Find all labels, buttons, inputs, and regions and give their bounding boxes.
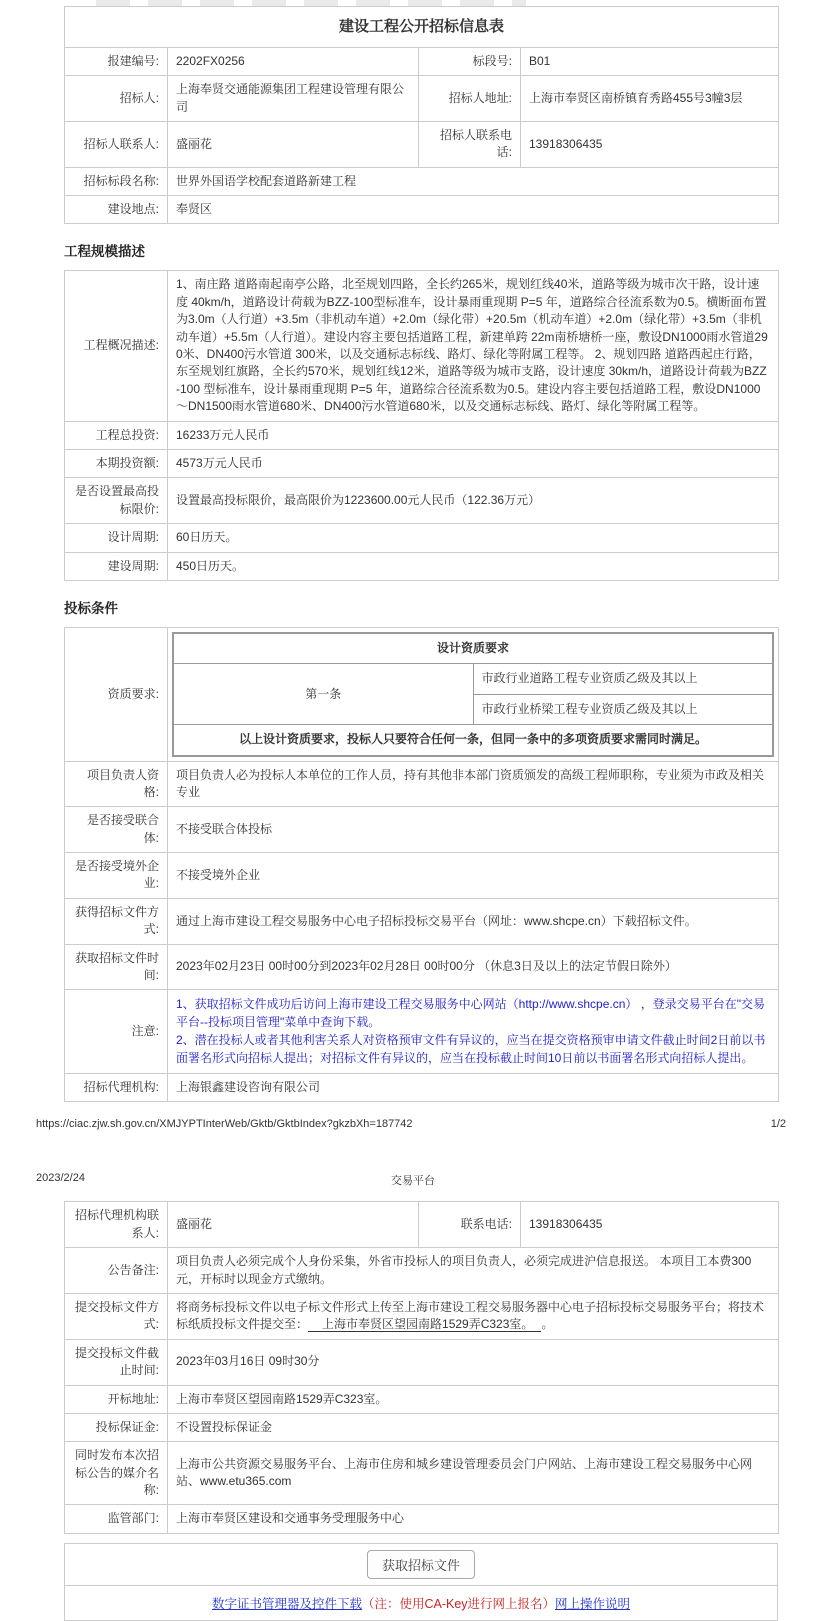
table-row: 开标地址: 上海市奉贤区望园南路1529弄C323室。	[65, 1385, 779, 1413]
ca-key-note: （注：使用CA-Key进行网上报名）	[362, 1597, 555, 1611]
field-value: 13918306435	[521, 1202, 779, 1248]
field-value: 上海银鑫建设咨询有限公司	[168, 1073, 779, 1101]
table-row: 提交投标文件截止时间: 2023年03月16日 09时30分	[65, 1339, 779, 1385]
table-row: 招标标段名称: 世界外国语学校配套道路新建工程	[65, 167, 779, 195]
links-row: 数字证书管理器及控件下载（注：使用CA-Key进行网上报名）网上操作说明	[65, 1585, 777, 1620]
qualification-cell: 设计资质要求 第一条 市政行业道路工程专业资质乙级及其以上 市政行业桥梁工程专业…	[168, 627, 779, 761]
table-row: 报建编号: 2202FX0256 标段号: B01	[65, 47, 779, 75]
field-value: 450日历天。	[168, 552, 779, 580]
field-label: 招标人地址:	[419, 76, 521, 122]
field-value: 项目负责人必为投标人本单位的工作人员，持有其他非本部门资质颁发的高级工程师职称，…	[168, 761, 779, 807]
field-value: 上海市奉贤区南桥镇育秀路455号3幢3层	[521, 76, 779, 122]
submit-address-underlined: 上海市奉贤区望园南路1529弄C323室。	[308, 1317, 541, 1332]
table-row: 同时发布本次招标公告的媒介名称: 上海市公共资源交易服务平台、上海市住房和城乡建…	[65, 1442, 779, 1505]
field-value: 不设置投标保证金	[168, 1413, 779, 1441]
field-label: 招标人:	[65, 76, 168, 122]
page1-print-footer: https://ciac.zjw.sh.gov.cn/XMJYPTInterWe…	[0, 1118, 826, 1130]
notice-line-1: 1、获取招标文件成功后访问上海市建设工程交易服务中心网站（http://www.…	[176, 996, 770, 1031]
table-row: 公告备注: 项目负责人必须完成个人身份采集，外省市投标人的项目负责人，必须完成进…	[65, 1248, 779, 1294]
field-label: 项目负责人资格:	[65, 761, 168, 807]
field-label: 设计周期:	[65, 524, 168, 552]
print-title: 交易平台	[0, 1172, 826, 1188]
field-label: 是否接受联合体:	[65, 807, 168, 853]
field-value: 4573万元人民币	[168, 450, 779, 478]
clause-label: 第一条	[173, 664, 473, 725]
table-row: 第一条 市政行业道路工程专业资质乙级及其以上	[173, 664, 773, 694]
field-value: 60日历天。	[168, 524, 779, 552]
field-label: 招标人联系电话:	[419, 121, 521, 167]
field-label: 本期投资额:	[65, 450, 168, 478]
table-row: 招标人: 上海奉贤交通能源集团工程建设管理有限公司 招标人地址: 上海市奉贤区南…	[65, 76, 779, 122]
field-value: 设置最高投标限价，最高限价为1223600.00元人民币（122.36万元）	[168, 478, 779, 524]
field-label: 工程总投资:	[65, 421, 168, 449]
field-label: 标段号:	[419, 47, 521, 75]
field-value: 2023年03月16日 09时30分	[168, 1339, 779, 1385]
table-row: 获取招标文件时间: 2023年02月23日 00时00分到2023年02月28日…	[65, 944, 779, 990]
table-row: 监管部门: 上海市奉贤区建设和交通事务受理服务中心	[65, 1505, 779, 1533]
field-value: 盛丽花	[168, 1202, 419, 1248]
cert-download-link[interactable]: 数字证书管理器及控件下载	[212, 1597, 362, 1611]
table-row: 招标代理机构联系人: 盛丽花 联系电话: 13918306435	[65, 1202, 779, 1248]
table-row: 投标保证金: 不设置投标保证金	[65, 1413, 779, 1441]
field-label: 监管部门:	[65, 1505, 168, 1533]
field-label: 是否接受境外企业:	[65, 853, 168, 899]
field-value: 将商务标投标文件以电子标文件形式上传至上海市建设工程交易服务器中心电子招标投标交…	[168, 1293, 779, 1339]
button-row: 获取招标文件	[65, 1544, 777, 1585]
field-value: 2023年02月23日 00时00分到2023年02月28日 00时00分 （休…	[168, 944, 779, 990]
table-row: 是否接受境外企业: 不接受境外企业	[65, 853, 779, 899]
field-value: 奉贤区	[168, 196, 779, 224]
field-label: 同时发布本次招标公告的媒介名称:	[65, 1442, 168, 1505]
table-row: 以上设计资质要求，投标人只要符合任何一条，但同一条中的多项资质要求需同时满足。	[173, 725, 773, 756]
table-row: 是否设置最高投标限价: 设置最高投标限价，最高限价为1223600.00元人民币…	[65, 478, 779, 524]
field-value: 13918306435	[521, 121, 779, 167]
submit-method-suffix: 。	[541, 1317, 553, 1331]
field-label: 建设周期:	[65, 552, 168, 580]
clause-item: 市政行业桥梁工程专业资质乙级及其以上	[473, 694, 773, 724]
table-row: 工程概况描述: 1、南庄路 道路南起南亭公路，北至规划四路，全长约265米，规划…	[65, 271, 779, 421]
field-value: 上海市奉贤区建设和交通事务受理服务中心	[168, 1505, 779, 1533]
scale-table: 工程概况描述: 1、南庄路 道路南起南亭公路，北至规划四路，全长约265米，规划…	[64, 270, 779, 580]
section-heading-bid-conditions: 投标条件	[64, 597, 778, 617]
page2-table: 招标代理机构联系人: 盛丽花 联系电话: 13918306435 公告备注: 项…	[64, 1201, 779, 1533]
field-label: 公告备注:	[65, 1248, 168, 1294]
field-value: 16233万元人民币	[168, 421, 779, 449]
cut-off-page-header	[96, 0, 526, 6]
field-value: 不接受联合体投标	[168, 807, 779, 853]
qualification-header: 设计资质要求	[173, 633, 773, 664]
action-box: 获取招标文件 数字证书管理器及控件下载（注：使用CA-Key进行网上报名）网上操…	[64, 1543, 778, 1621]
field-label: 注意:	[65, 990, 168, 1074]
table-row: 工程总投资: 16233万元人民币	[65, 421, 779, 449]
bid-conditions-table: 资质要求: 设计资质要求 第一条 市政行业道路工程专业资质乙级及其以上 市政行业…	[64, 627, 779, 1102]
page2-print-header: 2023/2/24 交易平台	[0, 1172, 826, 1187]
field-label: 开标地址:	[65, 1385, 168, 1413]
table-row: 招标代理机构: 上海银鑫建设咨询有限公司	[65, 1073, 779, 1101]
field-label: 是否设置最高投标限价:	[65, 478, 168, 524]
field-label: 招标代理机构:	[65, 1073, 168, 1101]
table-row: 设计资质要求	[173, 633, 773, 664]
submit-method-row: 提交投标文件方式: 将商务标投标文件以电子标文件形式上传至上海市建设工程交易服务…	[65, 1293, 779, 1339]
table-row: 本期投资额: 4573万元人民币	[65, 450, 779, 478]
field-label: 投标保证金:	[65, 1413, 168, 1441]
info-table: 建设工程公开招标信息表 报建编号: 2202FX0256 标段号: B01 招标…	[64, 6, 779, 224]
field-value: 上海市奉贤区望园南路1529弄C323室。	[168, 1385, 779, 1413]
online-guide-link[interactable]: 网上操作说明	[555, 1597, 630, 1611]
table-row: 建设周期: 450日历天。	[65, 552, 779, 580]
table-row: 获得招标文件方式: 通过上海市建设工程交易服务中心电子招标投标交易平台（网址：w…	[65, 898, 779, 944]
table-row: 是否接受联合体: 不接受联合体投标	[65, 807, 779, 853]
clause-item: 市政行业道路工程专业资质乙级及其以上	[473, 664, 773, 694]
field-label: 建设地点:	[65, 196, 168, 224]
section-heading-scale: 工程规模描述	[64, 240, 778, 260]
field-value: B01	[521, 47, 779, 75]
table-row: 设计周期: 60日历天。	[65, 524, 779, 552]
qualification-table: 设计资质要求 第一条 市政行业道路工程专业资质乙级及其以上 市政行业桥梁工程专业…	[172, 632, 774, 757]
field-value: 上海市公共资源交易服务平台、上海市住房和城乡建设管理委员会门户网站、上海市建设工…	[168, 1442, 779, 1505]
qualification-row: 资质要求: 设计资质要求 第一条 市政行业道路工程专业资质乙级及其以上 市政行业…	[65, 627, 779, 761]
field-value: 1、南庄路 道路南起南亭公路，北至规划四路，全长约265米，规划红线40米，道路…	[168, 271, 779, 421]
field-label: 招标标段名称:	[65, 167, 168, 195]
notice-text: 1、获取招标文件成功后访问上海市建设工程交易服务中心网站（http://www.…	[168, 990, 779, 1074]
field-value: 世界外国语学校配套道路新建工程	[168, 167, 779, 195]
print-url: https://ciac.zjw.sh.gov.cn/XMJYPTInterWe…	[36, 1118, 413, 1130]
table-title-row: 建设工程公开招标信息表	[65, 7, 779, 48]
field-label: 获得招标文件方式:	[65, 898, 168, 944]
table-row: 项目负责人资格: 项目负责人必为投标人本单位的工作人员，持有其他非本部门资质颁发…	[65, 761, 779, 807]
field-label: 报建编号:	[65, 47, 168, 75]
page-title: 建设工程公开招标信息表	[65, 7, 779, 48]
field-label: 获取招标文件时间:	[65, 944, 168, 990]
field-label: 提交投标文件方式:	[65, 1293, 168, 1339]
field-value: 项目负责人必须完成个人身份采集，外省市投标人的项目负责人，必须完成进沪信息报送。…	[168, 1248, 779, 1294]
field-value: 通过上海市建设工程交易服务中心电子招标投标交易平台（网址：www.shcpe.c…	[168, 898, 779, 944]
field-label: 招标人联系人:	[65, 121, 168, 167]
field-value: 2202FX0256	[168, 47, 419, 75]
field-label: 联系电话:	[419, 1202, 521, 1248]
field-value: 不接受境外企业	[168, 853, 779, 899]
table-row: 招标人联系人: 盛丽花 招标人联系电话: 13918306435	[65, 121, 779, 167]
qualification-note: 以上设计资质要求，投标人只要符合任何一条，但同一条中的多项资质要求需同时满足。	[173, 725, 773, 756]
notice-row: 注意: 1、获取招标文件成功后访问上海市建设工程交易服务中心网站（http://…	[65, 990, 779, 1074]
field-label: 提交投标文件截止时间:	[65, 1339, 168, 1385]
page-number: 1/2	[771, 1118, 786, 1130]
get-bid-file-button[interactable]: 获取招标文件	[367, 1550, 475, 1579]
table-row: 建设地点: 奉贤区	[65, 196, 779, 224]
field-value: 盛丽花	[168, 121, 419, 167]
field-label: 资质要求:	[65, 627, 168, 761]
field-value: 上海奉贤交通能源集团工程建设管理有限公司	[168, 76, 419, 122]
field-label: 招标代理机构联系人:	[65, 1202, 168, 1248]
field-label: 工程概况描述:	[65, 271, 168, 421]
notice-line-2: 2、潜在投标人或者其他利害关系人对资格预审文件有异议的，应当在提交资格预审申请文…	[176, 1032, 770, 1067]
